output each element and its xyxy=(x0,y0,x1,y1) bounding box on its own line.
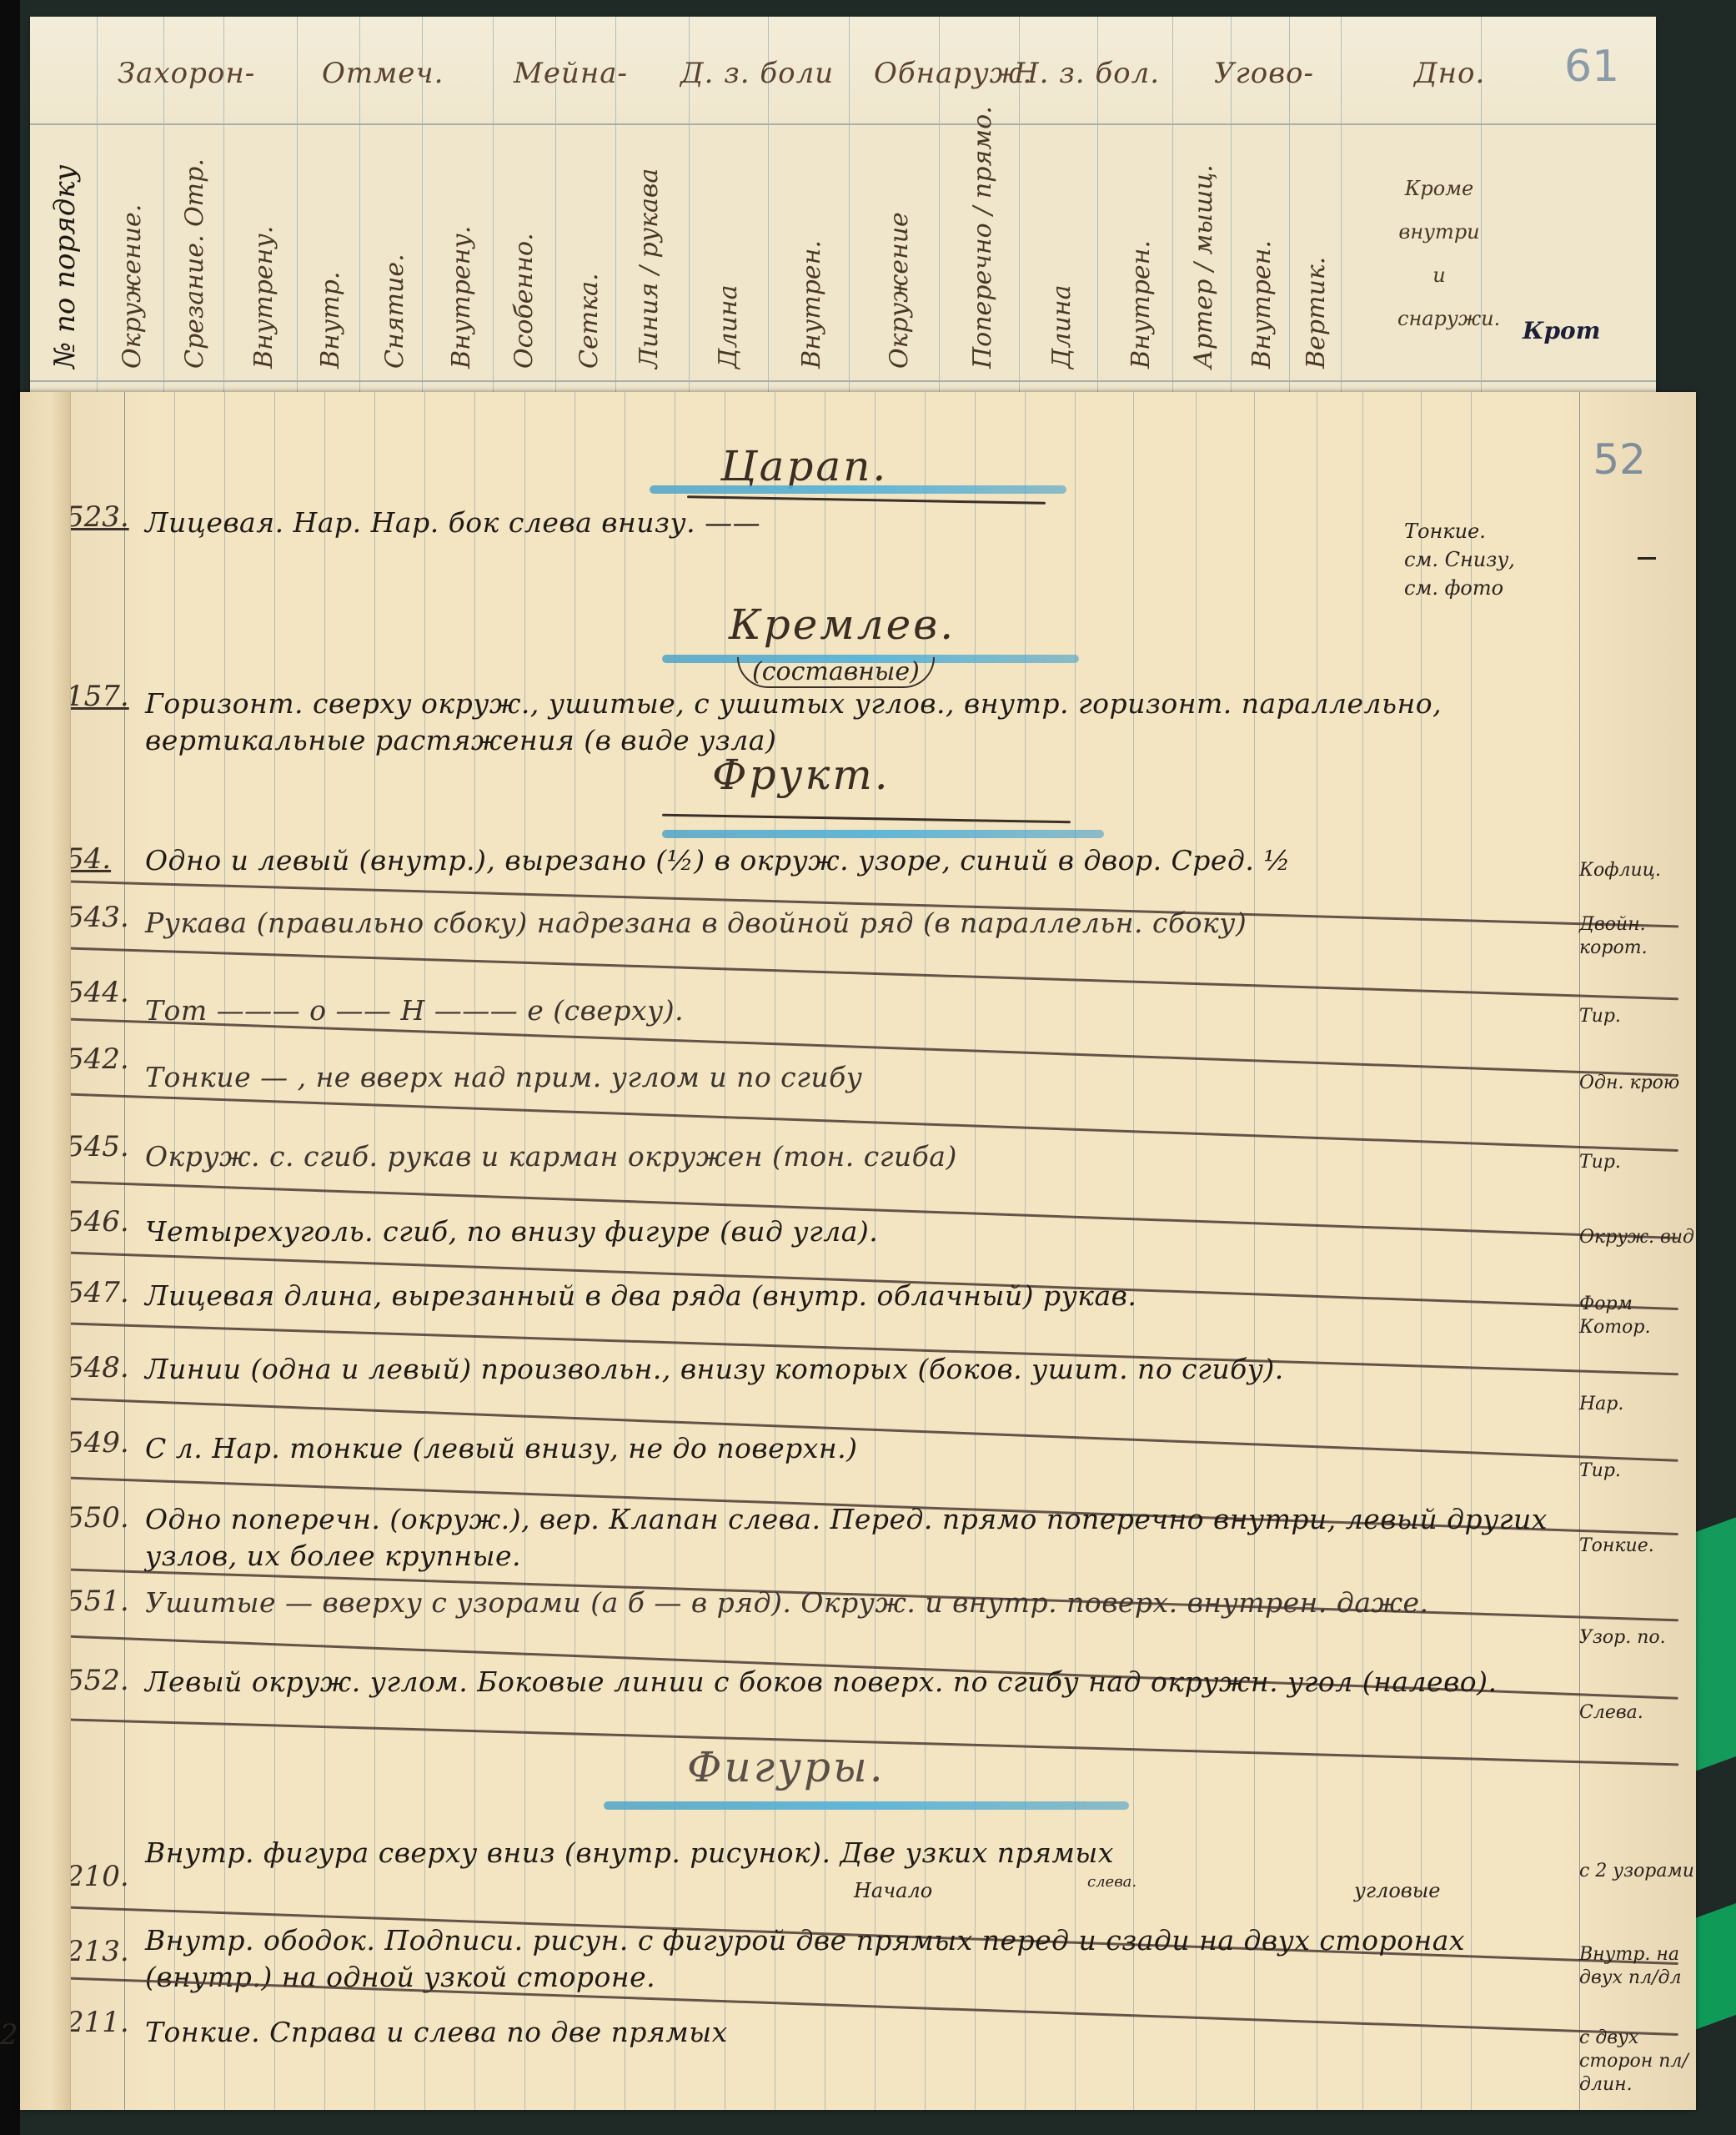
left-binding-edge xyxy=(0,0,20,2135)
last-column-note: Кроме внутри и снаружи. xyxy=(1397,167,1481,340)
entry-number: 550. xyxy=(66,1501,129,1535)
page-fold-left xyxy=(20,392,71,2110)
entry-text: Горизонт. сверху окруж., ушитые, с ушиты… xyxy=(145,686,1629,759)
column-label: Длина xyxy=(1047,285,1076,369)
column-label: Внутрен. xyxy=(797,240,826,369)
entry-number: 211. xyxy=(66,2006,129,2039)
heading-underline xyxy=(662,830,1104,838)
column-label: Окружение. xyxy=(118,204,147,369)
heading-underline xyxy=(662,814,1071,824)
margin-note: Одн. крою xyxy=(1579,1072,1696,1095)
heading-underline xyxy=(604,1801,1129,1810)
margin-note: Кофлиц. xyxy=(1579,859,1696,882)
entry-sub-text: угловые xyxy=(1354,1876,1441,1905)
margin-dash xyxy=(1638,557,1656,560)
entry-number: 547. xyxy=(66,1276,129,1309)
entry-text: Одно поперечн. (окруж.), вер. Клапан сле… xyxy=(145,1501,1563,1575)
entry-number: 549. xyxy=(66,1426,129,1459)
column-rule xyxy=(297,17,298,394)
entry-text: Окруж. с. сгиб. рукав и карман окружен (… xyxy=(145,1138,1563,1175)
entry-number: 542. xyxy=(66,1042,129,1076)
entry-text: С л. Нар. тонкие (левый внизу, не до пов… xyxy=(145,1430,1563,1467)
header-group: Захорон- xyxy=(118,57,255,90)
entry-text: Левый окруж. углом. Боковые линии с боко… xyxy=(145,1664,1563,1700)
heading-underline xyxy=(650,485,1066,494)
header-group: Д. з. боли xyxy=(680,57,834,90)
entry-number: 543. xyxy=(66,901,129,934)
top-folded-sheet: Захорон- Отмеч. Мейна- Д. з. боли Обнару… xyxy=(30,17,1656,394)
column-label: Поперечно / прямо. xyxy=(968,106,997,369)
margin-note: Тир. xyxy=(1579,1005,1696,1028)
margin-note: с двух сторон пл/длин. xyxy=(1579,2027,1696,2097)
margin-note: Тир. xyxy=(1579,1151,1696,1174)
margin-note: с 2 узорами xyxy=(1579,1860,1696,1883)
entry-right-note: Тонкие. см. Снизу, см. фото xyxy=(1404,517,1515,602)
column-label: Внутрену. xyxy=(447,226,476,369)
entry-sub-text: слева. xyxy=(1087,1868,1136,1896)
entry-text: Линии (одна и левый) произвольн., внизу … xyxy=(145,1351,1563,1388)
column-label: Вертик. xyxy=(1302,257,1331,369)
section-heading: Фигуры. xyxy=(687,1743,886,1791)
header-group: Обнаруж. xyxy=(874,57,1032,90)
column-rule xyxy=(1172,17,1173,394)
margin-note: Слева. xyxy=(1579,1701,1696,1725)
entry-text: Ушитые — вверху с узорами (а б — в ряд).… xyxy=(145,1585,1563,1621)
margin-note: Внутр. на двух пл/дл xyxy=(1579,1943,1696,1990)
entry-text: Четырехуголь. сгиб, по внизу фигуре (вид… xyxy=(145,1213,1563,1250)
margin-note: Форм Котор. xyxy=(1579,1293,1696,1339)
sheet-number: 61 xyxy=(1564,42,1619,92)
entry-text: Одно и левый (внутр.), вырезано (½) в ок… xyxy=(145,842,1563,879)
header-group: Н. з. бол. xyxy=(1014,57,1160,90)
entry-sub-text: Начало xyxy=(854,1876,932,1905)
header-group: Угово- xyxy=(1214,57,1314,90)
column-label: Внутрен. xyxy=(1126,240,1156,369)
bottom-rule xyxy=(30,380,1656,382)
entry-text: Рукава (правильно сбоку) надрезана в дво… xyxy=(145,905,1563,942)
margin-note: Тир. xyxy=(1579,1459,1696,1483)
column-label: Срезание. Отр. xyxy=(180,158,209,369)
column-label: Окружение xyxy=(885,212,914,369)
column-label: Линия / рукава xyxy=(635,168,664,369)
entry-number: 552. xyxy=(66,1664,129,1697)
entry-number: 546. xyxy=(66,1205,129,1238)
header-group: Мейна- xyxy=(514,57,628,90)
margin-note: Окруж. вид xyxy=(1579,1226,1696,1249)
section-subheading: (составные) xyxy=(737,657,935,688)
column-rule xyxy=(849,17,850,394)
entry-text: Лицевая. Нар. Нар. бок слева внизу. —— xyxy=(145,505,1396,541)
column-label: Внутр. xyxy=(316,272,345,369)
column-label: Сетка. xyxy=(574,274,604,369)
section-heading: Царап. xyxy=(720,442,888,490)
header-group: Дно. xyxy=(1414,57,1485,90)
column-label: Внутрен. xyxy=(1247,240,1277,369)
entry-text: Тонкие — , не вверх над прим. углом и по… xyxy=(145,1059,1563,1096)
column-label: Особенно. xyxy=(509,233,539,369)
entry-number: 523. xyxy=(66,500,129,534)
entry-number: 545. xyxy=(66,1130,129,1163)
margin-column-rule xyxy=(1579,392,1580,2110)
entry-text: Тот ——— о —— Н ——— е (сверху). xyxy=(145,992,1563,1029)
entry-number: 54. xyxy=(66,842,111,876)
column-label: Артер / мышц. xyxy=(1189,164,1218,369)
column-rule xyxy=(493,17,494,394)
number-column-rule xyxy=(124,392,125,2110)
column-label: Длина xyxy=(714,285,743,369)
page-number: 52 xyxy=(1593,435,1646,484)
heading-underline xyxy=(687,495,1046,505)
entry-number: 210. xyxy=(66,1860,129,1893)
margin-note: Двойн. корот. xyxy=(1579,913,1696,960)
header-rule xyxy=(30,123,1656,125)
margin-note: Нар. xyxy=(1579,1393,1696,1416)
section-heading: Кремлев. xyxy=(729,600,956,649)
section-heading: Фрукт. xyxy=(712,751,891,799)
entry-number: 157. xyxy=(66,680,129,713)
entry-text: Тонкие. Справа и слева по две прямых xyxy=(145,2014,1563,2051)
margin-note: Узор. по. xyxy=(1579,1626,1696,1650)
ledger-page: 52 Царап. 523. Лицевая. Нар. Нар. бок сл… xyxy=(20,392,1696,2110)
entry-text: Внутр. фигура сверху вниз (внутр. рисуно… xyxy=(145,1835,1563,1871)
margin-note: Тонкие. xyxy=(1579,1535,1696,1558)
column-rule xyxy=(1341,17,1342,394)
entry-number: 548. xyxy=(66,1351,129,1384)
entry-number: 551. xyxy=(66,1585,129,1618)
header-group: Отмеч. xyxy=(322,57,444,90)
column-rule xyxy=(97,17,98,394)
column-label: Снятие. xyxy=(380,254,409,369)
signature: Крот xyxy=(1523,317,1600,344)
entry-number: 544. xyxy=(66,976,129,1009)
column-label-number: № по порядку xyxy=(48,165,82,369)
entry-number: 213. xyxy=(66,1935,129,1968)
entry-text: Внутр. ободок. Подписи. рисун. с фигурой… xyxy=(145,1922,1563,1996)
entry-text: Лицевая длина, вырезанный в два ряда (вн… xyxy=(145,1278,1563,1314)
left-page-mark: 2 xyxy=(0,2018,18,2052)
column-label: Внутрену. xyxy=(249,226,278,369)
